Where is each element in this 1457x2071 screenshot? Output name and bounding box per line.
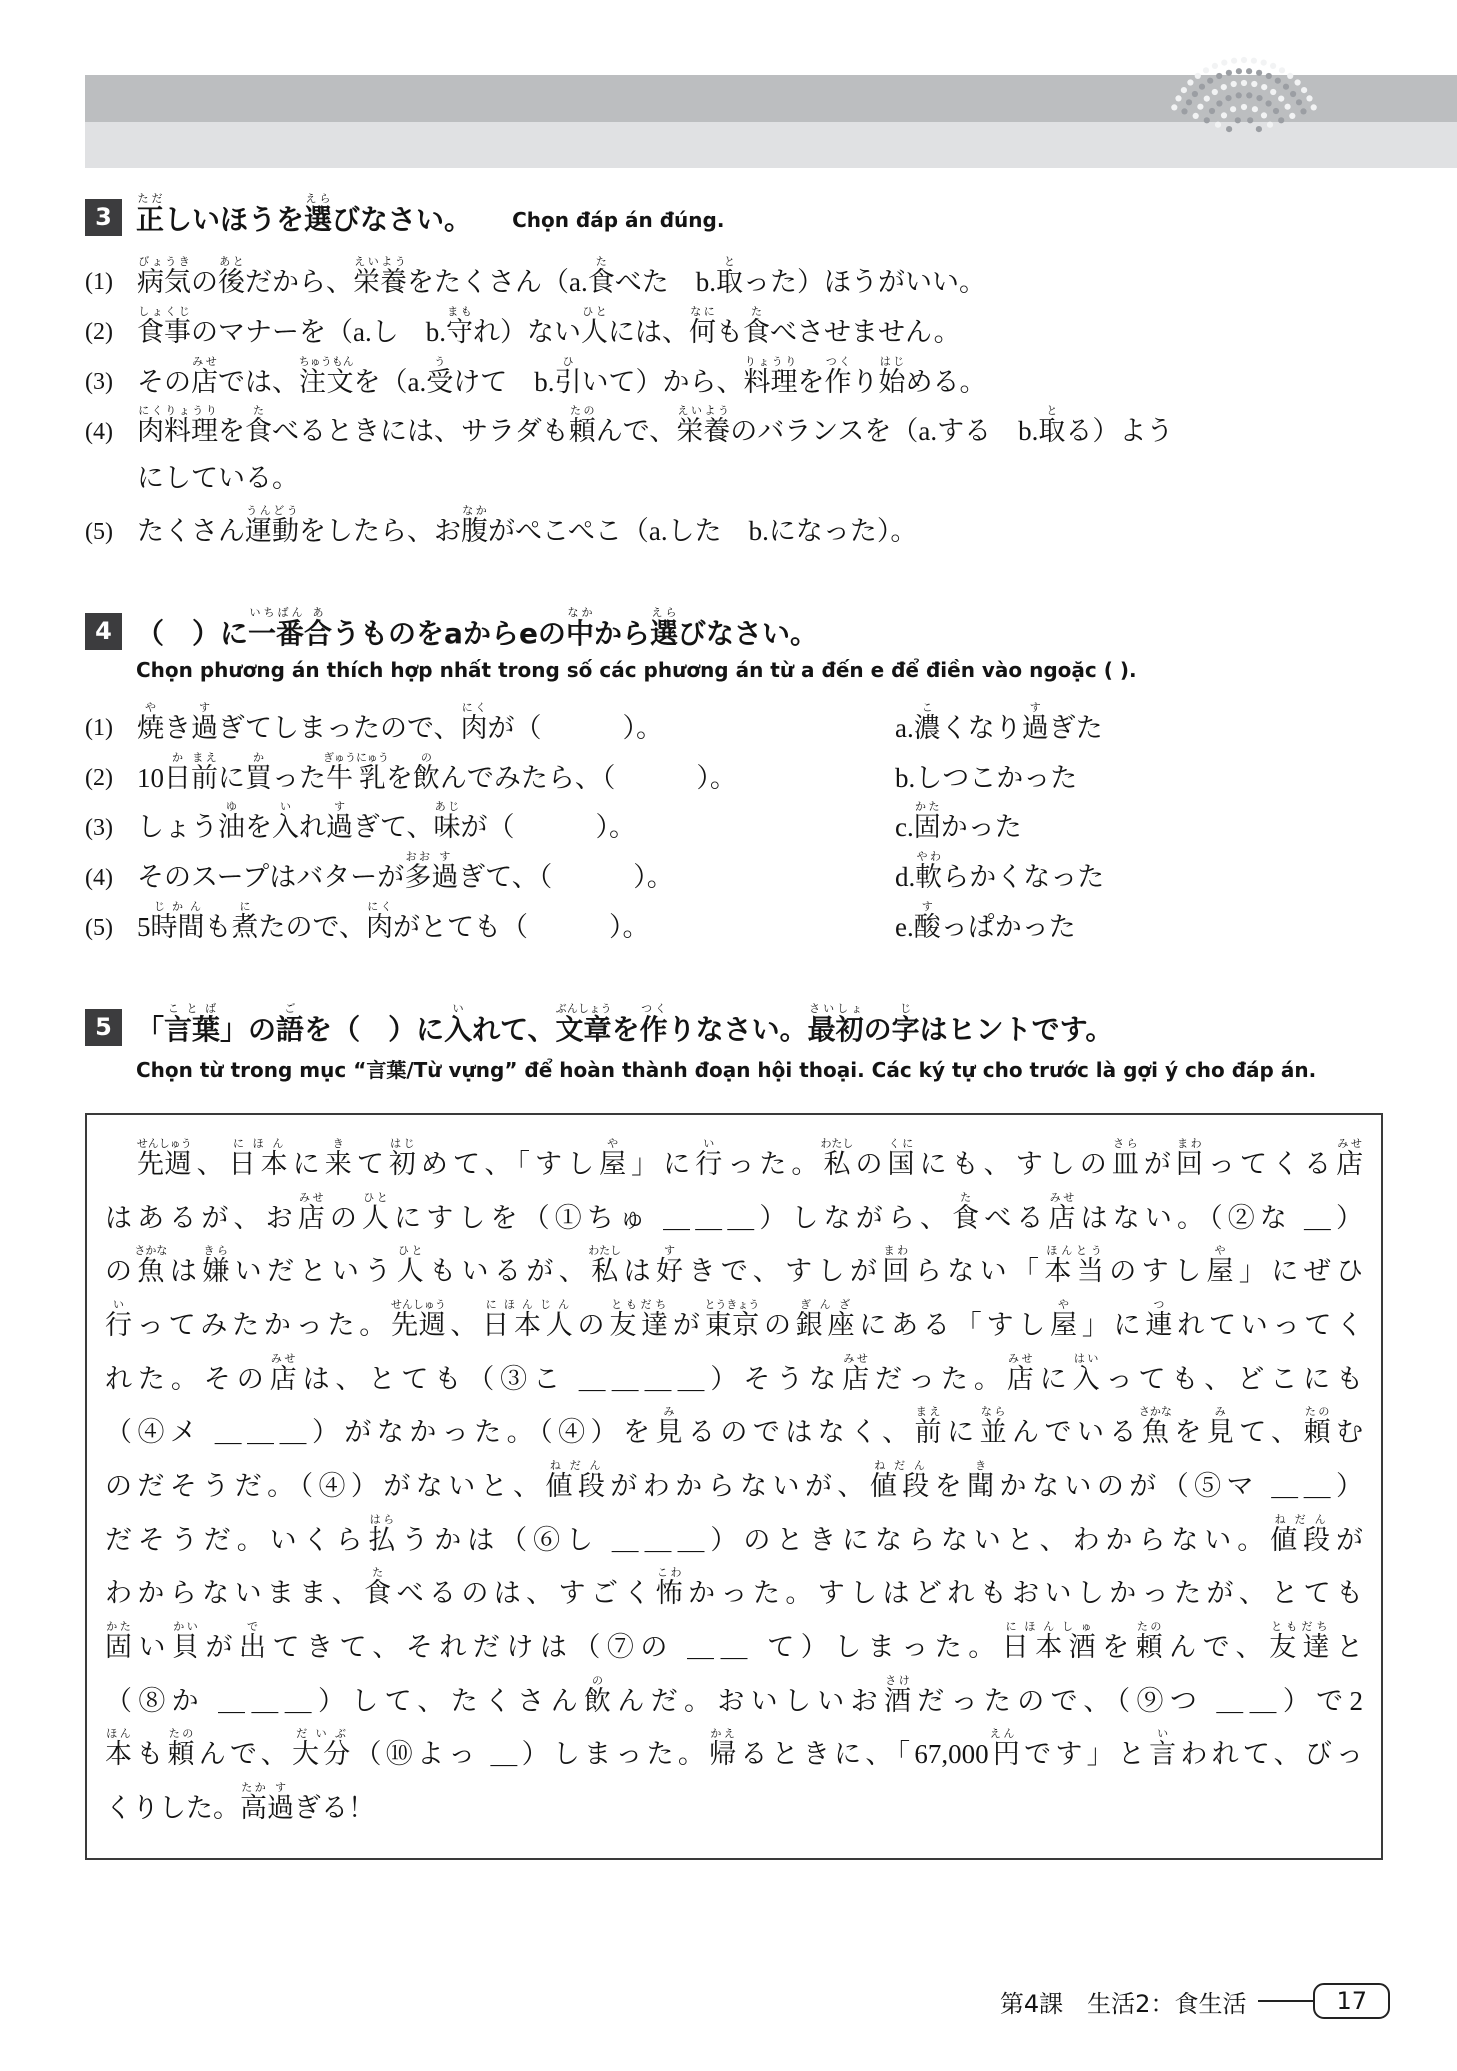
question-row: (4) 肉料理にくりょうりを食たべるときには、サラダも頼たのんで、栄養えいようの… (85, 405, 1383, 448)
section-4-subtitle-vi: Chọn phương án thích hợp nhất trong số c… (136, 658, 1383, 682)
question-row: (2) 食事しょくじのマナーを（a.し b.守まもれ）ない人ひとには、何なにも食… (85, 306, 1383, 349)
question-text: たくさん運動うんどうをしたら、お腹なかがぺこぺこ（a.した b.になった）。 (137, 505, 1383, 548)
question-row: (1) 病気びょうきの後あとだから、栄養えいようをたくさん（a.食たべた b.取… (85, 256, 1383, 299)
passage-line: くりした。高たか過すぎる！ (105, 1782, 1363, 1824)
page-content: 3 正ただしいほうを選えらびなさい。 Chọn đáp án đúng. (1)… (85, 192, 1383, 1860)
decorative-dots-icon (1159, 55, 1329, 135)
question-number: (2) (85, 764, 137, 794)
page-footer: 第4課 生活2：食生活 17 (1000, 1983, 1390, 2019)
page-number-badge: 17 (1313, 1983, 1390, 2019)
footer-rule (1258, 2000, 1314, 2002)
passage-line: の魚さかなは嫌きらいだという人ひともいるが、私わたしは好すきで、すしが回まわらな… (105, 1245, 1363, 1287)
question-number: (3) (85, 368, 137, 398)
question-row: (4) そのスープはバターが多おお過すぎて、（ ）。 d.軟やわらかくなった (85, 851, 1383, 894)
section-4-number-badge: 4 (85, 613, 122, 650)
answer-option: e.酸すっぱかった (895, 901, 1383, 944)
question-row-continuation: にしている。 (85, 453, 1383, 495)
question-number: (4) (85, 864, 137, 894)
question-number: (3) (85, 814, 137, 844)
section-5: 5 「言葉ことば」の語ごを（ ）に入いれて、文章ぶんしょうを作つくりなさい。最初… (85, 1002, 1383, 1860)
passage-line: （④メ ＿＿＿）がなかった。（④）を見みるのではなく、前まえに並ならんでいる魚さ… (105, 1406, 1363, 1448)
question-row: (1) 焼やき過すぎてしまったので、肉にくが（ ）。 a.濃こくなり過すぎた (85, 702, 1383, 745)
section-4-questions: (1) 焼やき過すぎてしまったので、肉にくが（ ）。 a.濃こくなり過すぎた (… (85, 702, 1383, 944)
passage-line: れた。その店みせは、とても（③こ ＿＿＿＿）そうな店みせだった。店みせに入はいっ… (105, 1353, 1363, 1395)
section-3-number-badge: 3 (85, 199, 122, 236)
question-number: (4) (85, 418, 137, 448)
question-number: (2) (85, 318, 137, 348)
section-3-title: 正ただしいほうを選えらびなさい。 (136, 192, 472, 236)
question-row: (3) しょう油ゆを入いれ過すぎて、味あじが（ ）。 c.固かたかった (85, 801, 1383, 844)
question-number: (1) (85, 714, 137, 744)
chapter-label: 第4課 生活2：食生活 (1000, 1984, 1247, 2019)
section-3-heading: 3 正ただしいほうを選えらびなさい。 Chọn đáp án đúng. (85, 192, 1383, 236)
passage-line: だそうだ。いくら払はらうかは（⑥し ＿＿＿）のときにならないと、わからない。値段… (105, 1514, 1363, 1556)
passage-line: 先週せんしゅう、日本にほんに来きて初はじめて、「すし屋や」に行いった。私わたしの… (105, 1138, 1363, 1180)
passage-line: はあるが、お店みせの人ひとにすしを（①ちゅ ＿＿＿）しながら、食たべる店みせはな… (105, 1192, 1363, 1234)
question-text: 肉料理にくりょうりを食たべるときには、サラダも頼たのんで、栄養えいようのバランス… (137, 405, 1383, 448)
question-text: その店みせでは、注文ちゅうもんを（a.受うけて b.引ひいて）から、料理りょうり… (137, 356, 1383, 399)
question-number (85, 493, 137, 495)
passage-line: 本ほんも頼たのんで、大分だいぶ（⑩よっ ＿）しまった。帰かえるときに、「67,0… (105, 1728, 1363, 1770)
passage-line: （⑧か ＿＿＿）して、たくさん飲のんだ。おいしいお酒さけだったので、（⑨つ ＿＿… (105, 1675, 1363, 1717)
section-5-number-badge: 5 (85, 1009, 122, 1046)
question-text: しょう油ゆを入いれ過すぎて、味あじが（ ）。 (137, 801, 895, 844)
answer-option: b.しつこかった (895, 763, 1383, 795)
question-number: (1) (85, 268, 137, 298)
question-text: 10日か前まえに買かった牛乳ぎゅうにゅうを飲のんでみたら、（ ）。 (137, 752, 895, 795)
passage-box: 先週せんしゅう、日本にほんに来きて初はじめて、「すし屋や」に行いった。私わたしの… (85, 1113, 1383, 1860)
passage-line: わからないまま、食たべるのは、すごく怖こわかった。すしはどれもおいしかったが、と… (105, 1567, 1363, 1609)
section-4-title: （ ）に一番いちばん合あうものをaからeの中なかから選えらびなさい。 (136, 606, 818, 650)
section-3-subtitle-vi: Chọn đáp án đúng. (512, 208, 724, 236)
question-text: にしている。 (137, 453, 1383, 495)
question-row: (5) 5時間じかんも煮にたので、肉にくがとても（ ）。 e.酸すっぱかった (85, 901, 1383, 944)
worksheet-page: { "colors": { "band_dark": "#bcbec0", "b… (0, 0, 1457, 2071)
section-3-questions: (1) 病気びょうきの後あとだから、栄養えいようをたくさん（a.食たべた b.取… (85, 256, 1383, 548)
question-number: (5) (85, 914, 137, 944)
section-3: 3 正ただしいほうを選えらびなさい。 Chọn đáp án đúng. (1)… (85, 192, 1383, 548)
passage-line: のだそうだ。（④）がないと、値段ねだんがわからないが、値段ねだんを聞きかないのが… (105, 1460, 1363, 1502)
section-4-heading: 4 （ ）に一番いちばん合あうものをaからeの中なかから選えらびなさい。 (85, 606, 1383, 650)
question-row: (2) 10日か前まえに買かった牛乳ぎゅうにゅうを飲のんでみたら、（ ）。 b.… (85, 752, 1383, 795)
answer-option: d.軟やわらかくなった (895, 851, 1383, 894)
section-5-subtitle-vi: Chọn từ trong mục “言葉/Từ vựng” để hoàn t… (136, 1054, 1383, 1083)
question-text: そのスープはバターが多おお過すぎて、（ ）。 (137, 851, 895, 894)
answer-option: c.固かたかった (895, 801, 1383, 844)
passage-line: 行いってみたかった。先週せんしゅう、日本人にほんじんの友達ともだちが東京とうきょ… (105, 1299, 1363, 1341)
section-5-heading: 5 「言葉ことば」の語ごを（ ）に入いれて、文章ぶんしょうを作つくりなさい。最初… (85, 1002, 1383, 1046)
section-4: 4 （ ）に一番いちばん合あうものをaからeの中なかから選えらびなさい。 Chọ… (85, 606, 1383, 944)
question-text: 5時間じかんも煮にたので、肉にくがとても（ ）。 (137, 901, 895, 944)
question-row: (3) その店みせでは、注文ちゅうもんを（a.受うけて b.引ひいて）から、料理… (85, 356, 1383, 399)
question-text: 焼やき過すぎてしまったので、肉にくが（ ）。 (137, 702, 895, 745)
answer-option: a.濃こくなり過すぎた (895, 702, 1383, 745)
question-row: (5) たくさん運動うんどうをしたら、お腹なかがぺこぺこ（a.した b.になった… (85, 505, 1383, 548)
question-number: (5) (85, 518, 137, 548)
header-band (85, 75, 1457, 168)
section-5-title: 「言葉ことば」の語ごを（ ）に入いれて、文章ぶんしょうを作つくりなさい。最初さい… (136, 1002, 1113, 1046)
question-text: 病気びょうきの後あとだから、栄養えいようをたくさん（a.食たべた b.取とった）… (137, 256, 1383, 299)
passage-line: 固かたい貝かいが出でてきて、それだけは（⑦の ＿＿ て）しまった。日本酒にほんし… (105, 1621, 1363, 1663)
question-text: 食事しょくじのマナーを（a.し b.守まもれ）ない人ひとには、何なにも食たべさせ… (137, 306, 1383, 349)
